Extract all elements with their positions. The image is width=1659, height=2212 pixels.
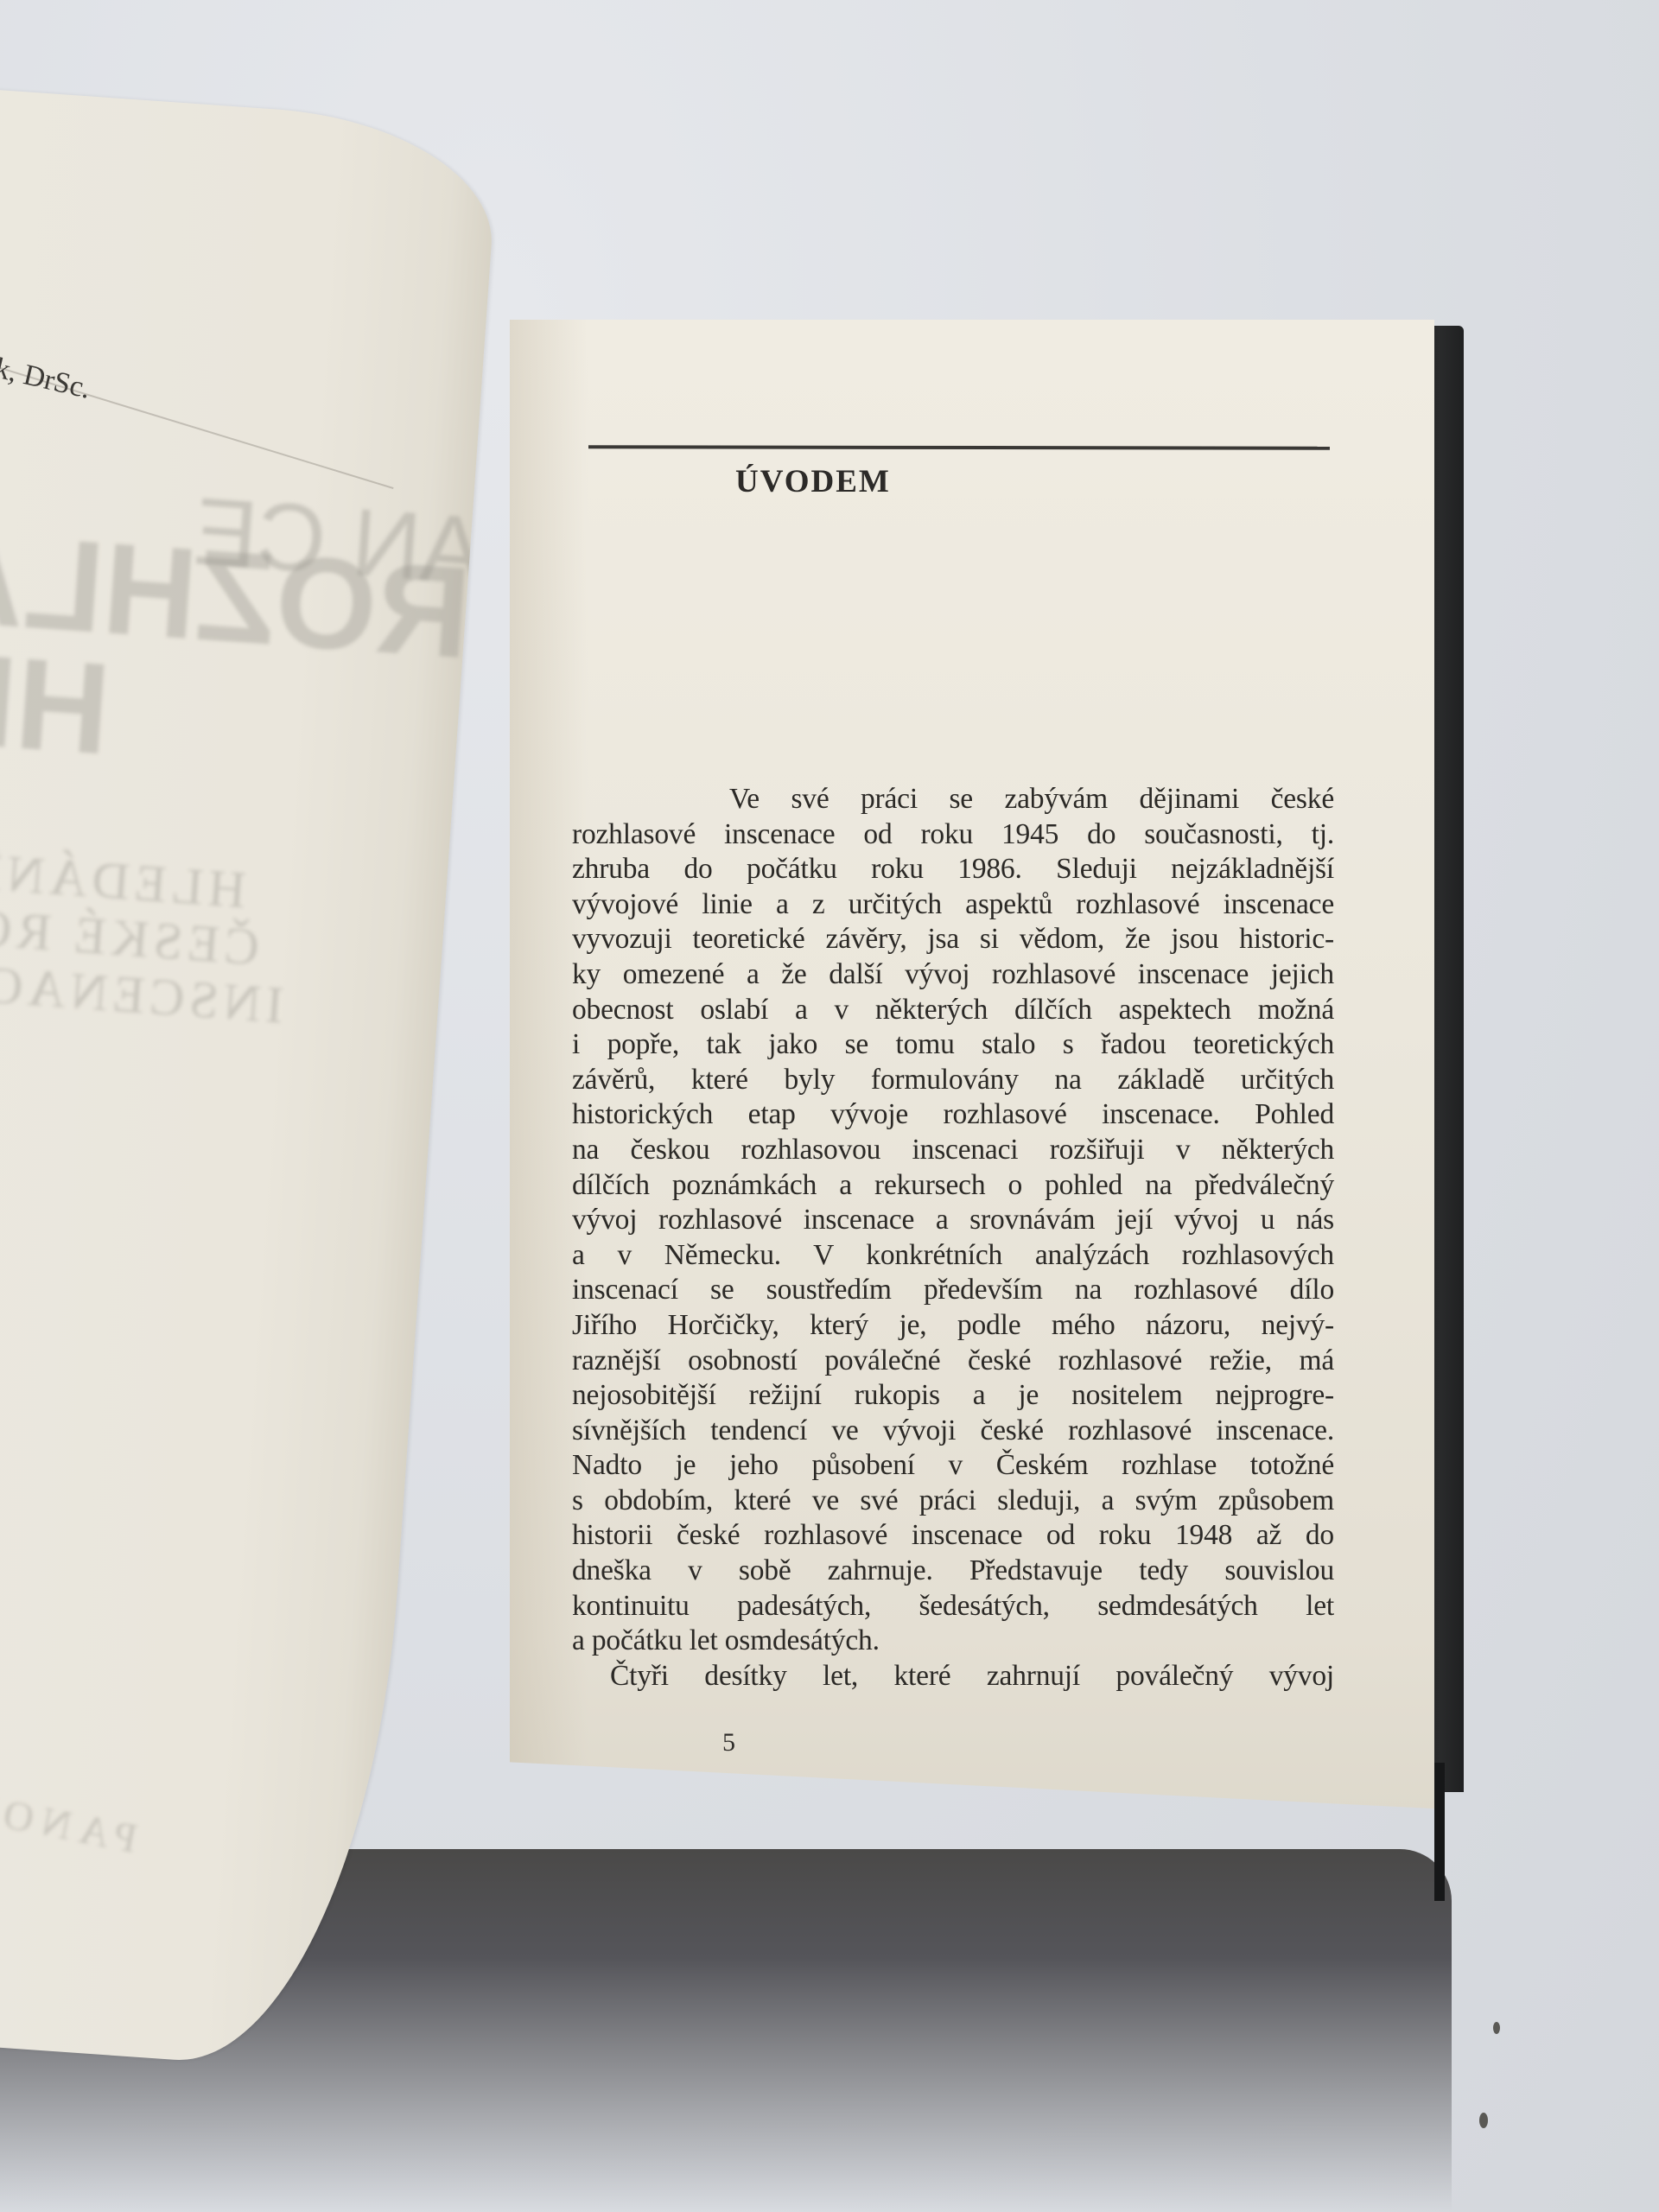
back-cover-edge-lower: [1434, 1763, 1445, 1901]
text-line: a v Německu. V konkrétních analýzách roz…: [572, 1238, 1334, 1274]
text-line: dílčích poznámkách a rekursech o pohled …: [572, 1168, 1334, 1204]
text-line: i popře, tak jako se tomu stalo s řadou …: [572, 1027, 1334, 1063]
text-line: historických etap vývoje rozhlasové insc…: [572, 1097, 1334, 1133]
text-line: historii české rozhlasové inscenace od r…: [572, 1518, 1334, 1554]
text-line: vyvozuji teoretické závěry, jsa si vědom…: [572, 922, 1334, 957]
text-line: vývoj rozhlasové inscenace a srovnávám j…: [572, 1203, 1334, 1238]
text-line: ky omezené a že další vývoj rozhlasové i…: [572, 957, 1334, 993]
chapter-heading: ÚVODEM: [735, 463, 891, 500]
text-line: rozhlasové inscenace od roku 1945 do sou…: [572, 817, 1334, 853]
body-text: Ve své práci se zabývám dějinami české r…: [572, 782, 1334, 1694]
text-line: zhruba do počátku roku 1986. Sleduji nej…: [572, 852, 1334, 887]
left-page-author-fragment: zounek, DrSc.: [0, 336, 93, 406]
text-line: a počátku let osmdesátých.: [572, 1624, 1334, 1659]
text-line: kontinuitu padesátých, šedesátých, sedmd…: [572, 1589, 1334, 1624]
text-line: sívnějších tendencí ve vývoji české rozh…: [572, 1414, 1334, 1449]
text-line: vývojové linie a z určitých aspektů rozh…: [572, 887, 1334, 923]
left-page: zounek, DrSc. JAN CE ROZHLA HR HLEDÁNÍ S…: [0, 86, 499, 2073]
surface-speck: [1493, 2022, 1500, 2034]
text-line: inscenací se soustředím především na roz…: [572, 1273, 1334, 1308]
text-line: nejosobitější režijní rukopis a je nosit…: [572, 1378, 1334, 1414]
text-line: závěrů, které byly formulovány na základ…: [572, 1063, 1334, 1098]
text-line: na českou rozhlasovou inscenaci rozšiřuj…: [572, 1133, 1334, 1168]
text-line: Jiřího Horčičky, který je, podle mého ná…: [572, 1308, 1334, 1344]
surface-speck: [1479, 2113, 1488, 2128]
page-number: 5: [722, 1728, 735, 1758]
text-line: obecnost oslabí a v některých dílčích as…: [572, 993, 1334, 1028]
text-line: dneška v sobě zahrnuje. Představuje tedy…: [572, 1554, 1334, 1589]
show-through-publisher: PANORAMA: [0, 1758, 141, 1863]
text-line: Nadto je jeho působení v Českém rozhlase…: [572, 1448, 1334, 1484]
text-line: Čtyři desítky let, které zahrnují povále…: [572, 1659, 1334, 1694]
text-line: Ve své práci se zabývám dějinami české: [572, 782, 1334, 817]
text-line: s obdobím, které ve své práci sleduji, a…: [572, 1484, 1334, 1519]
text-line: raznější osobností poválečné české rozhl…: [572, 1344, 1334, 1379]
show-through-title-3: HR: [0, 622, 115, 785]
